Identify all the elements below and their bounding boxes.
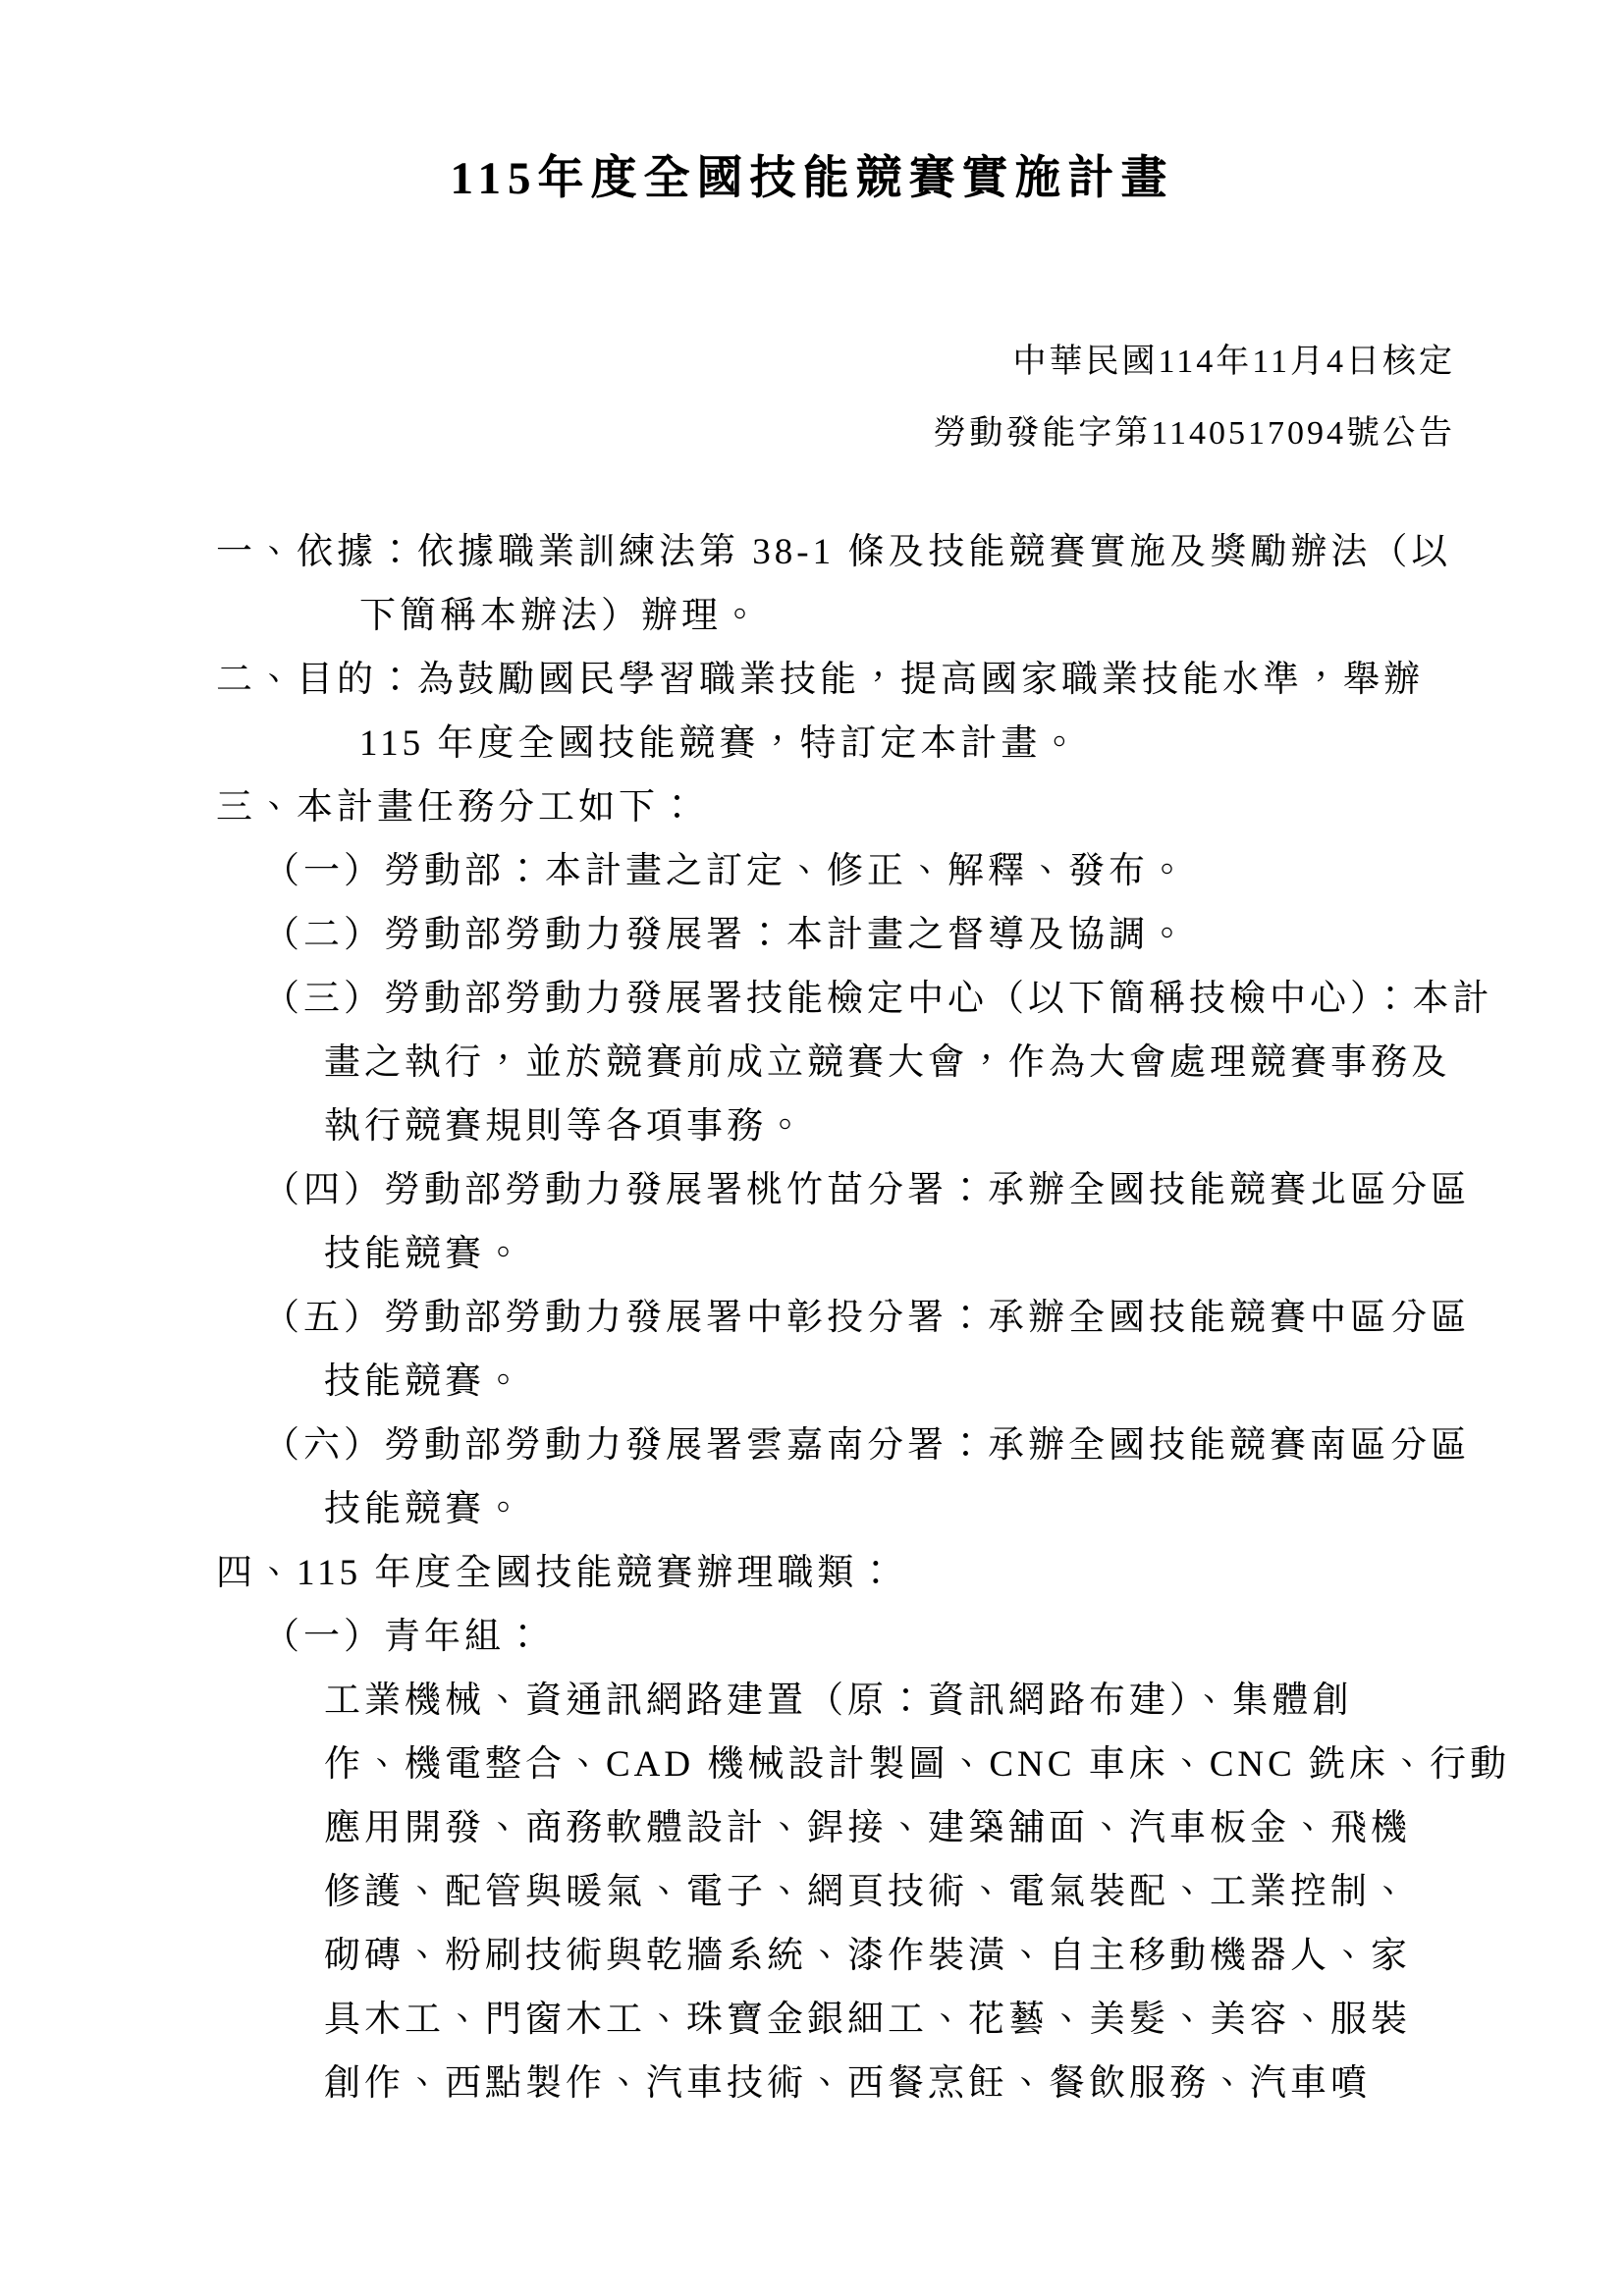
body-line: 技能競賽。 bbox=[0, 1222, 1624, 1286]
body-line: 砌磚、粉刷技術與乾牆系統、漆作裝潢、自主移動機器人、家 bbox=[0, 1924, 1624, 1988]
body-line: （五）勞動部勞動力發展署中彰投分署：承辦全國技能競賽中區分區 bbox=[0, 1286, 1624, 1350]
body-line: 技能競賽。 bbox=[0, 1350, 1624, 1414]
body-line: 四、115 年度全國技能競賽辦理職類： bbox=[0, 1541, 1624, 1605]
body-line: 一、依據：依據職業訓練法第 38-1 條及技能競賽實施及獎勵辦法（以 bbox=[0, 520, 1624, 584]
body-line: 創作、西點製作、汽車技術、西餐烹飪、餐飲服務、汽車噴 bbox=[0, 2052, 1624, 2115]
body-line: 技能競賽。 bbox=[0, 1477, 1624, 1541]
approval-date: 中華民國114年11月4日核定 bbox=[0, 326, 1455, 398]
body-line: 執行競賽規則等各項事務。 bbox=[0, 1095, 1624, 1158]
body-line: （三）勞動部勞動力發展署技能檢定中心（以下簡稱技檢中心）：本計 bbox=[0, 967, 1624, 1031]
body-line: （四）勞動部勞動力發展署桃竹苗分署：承辦全國技能競賽北區分區 bbox=[0, 1158, 1624, 1222]
page-title: 115年度全國技能競賽實施計畫 bbox=[0, 0, 1624, 208]
body-line: （一）青年組： bbox=[0, 1605, 1624, 1669]
body-line: 二、目的：為鼓勵國民學習職業技能，提高國家職業技能水準，舉辦 bbox=[0, 648, 1624, 712]
body-line: （二）勞動部勞動力發展署：本計畫之督導及協調。 bbox=[0, 903, 1624, 967]
document-page: 115年度全國技能競賽實施計畫 中華民國114年11月4日核定 勞動發能字第11… bbox=[0, 0, 1624, 2296]
body-line: 具木工、門窗木工、珠寶金銀細工、花藝、美髮、美容、服裝 bbox=[0, 1988, 1624, 2052]
body-lines: 一、依據：依據職業訓練法第 38-1 條及技能競賽實施及獎勵辦法（以下簡稱本辦法… bbox=[0, 520, 1624, 2115]
body-line: 115 年度全國技能競賽，特訂定本計畫。 bbox=[0, 712, 1624, 775]
body-line: （六）勞動部勞動力發展署雲嘉南分署：承辦全國技能競賽南區分區 bbox=[0, 1414, 1624, 1477]
body-line: 應用開發、商務軟體設計、銲接、建築舖面、汽車板金、飛機 bbox=[0, 1796, 1624, 1860]
body-line: 作、機電整合、CAD 機械設計製圖、CNC 車床、CNC 銑床、行動 bbox=[0, 1733, 1624, 1796]
body-line: 下簡稱本辦法）辦理。 bbox=[0, 584, 1624, 648]
body-line: 修護、配管與暖氣、電子、網頁技術、電氣裝配、工業控制、 bbox=[0, 1860, 1624, 1924]
body-line: （一）勞動部：本計畫之訂定、修正、解釋、發布。 bbox=[0, 839, 1624, 903]
approval-block: 中華民國114年11月4日核定 勞動發能字第1140517094號公告 bbox=[0, 326, 1455, 469]
announcement-number: 勞動發能字第1140517094號公告 bbox=[0, 398, 1455, 469]
body-line: 畫之執行，並於競賽前成立競賽大會，作為大會處理競賽事務及 bbox=[0, 1031, 1624, 1095]
body-line: 三、本計畫任務分工如下： bbox=[0, 775, 1624, 839]
body-line: 工業機械、資通訊網路建置（原：資訊網路布建）、集體創 bbox=[0, 1669, 1624, 1733]
